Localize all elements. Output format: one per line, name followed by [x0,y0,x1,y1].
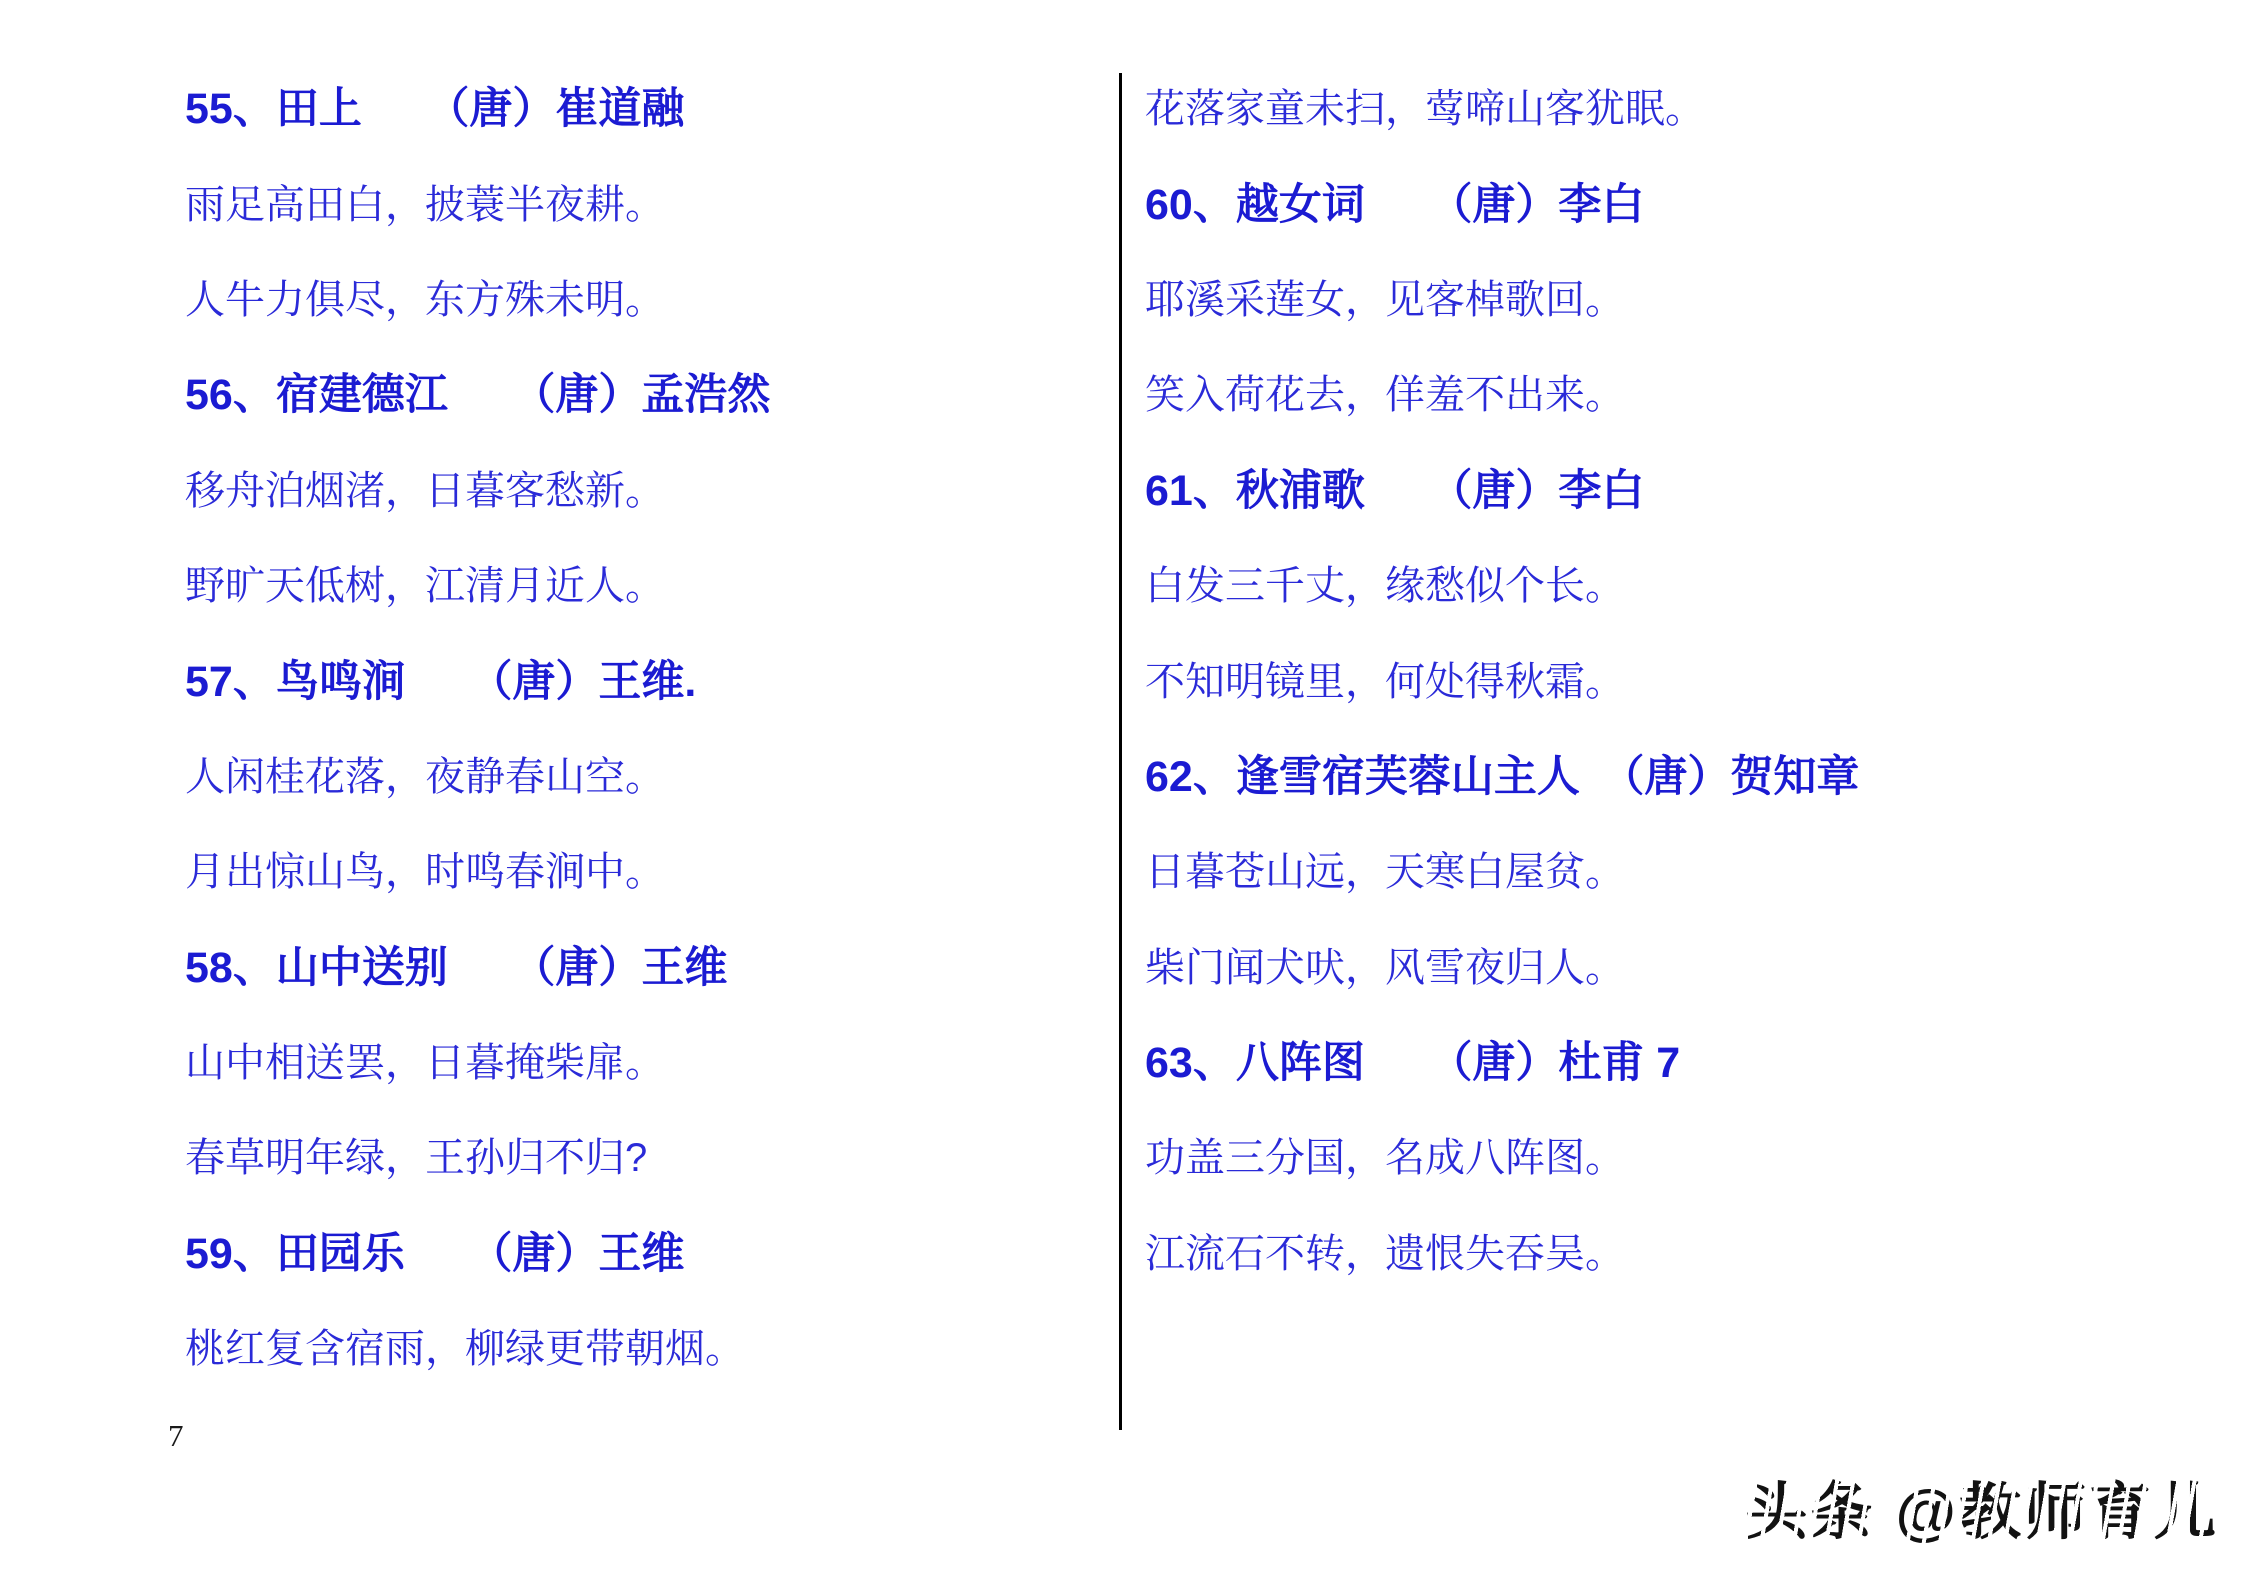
poem-heading: 62、逢雪宿芙蓉山主人 （唐）贺知章 [1145,726,2235,821]
poem-heading: 57、鸟鸣涧 （唐）王维. [185,630,1105,725]
verse-line: 功盖三分国，名成八阵图。 [1145,1107,2235,1202]
verse-line: 野旷天低树，江清月近人。 [185,535,1105,630]
poem-heading: 60、越女词 （唐）李白 [1145,153,2235,248]
column-divider-line [1119,73,1122,1430]
left-poem-column: 55、田上 （唐）崔道融 雨足高田白，披蓑半夜耕。 人牛力俱尽，东方殊未明。 5… [185,58,1105,1393]
poem-heading: 63、八阵图 （唐）杜甫 7 [1145,1012,2235,1107]
verse-line: 江流石不转，遗恨失吞吴。 [1145,1203,2235,1298]
verse-line: 山中相送罢，日暮掩柴扉。 [185,1012,1105,1107]
page-number: 7 [168,1418,184,1454]
verse-line: 柴门闻犬吠，风雪夜归人。 [1145,917,2235,1012]
verse-line: 日暮苍山远，天寒白屋贫。 [1145,821,2235,916]
verse-line: 笑入荷花去，佯羞不出来。 [1145,344,2235,439]
toutiao-watermark: 头条 @教师育儿 [1745,1462,2219,1551]
verse-line: 人牛力俱尽，东方殊未明。 [185,249,1105,344]
verse-line: 移舟泊烟渚，日暮客愁新。 [185,440,1105,535]
poem-heading: 61、秋浦歌 （唐）李白 [1145,440,2235,535]
document-page: { "page": { "page_number": "7", "waterma… [0,0,2245,1587]
verse-line: 桃红复含宿雨，柳绿更带朝烟。 [185,1298,1105,1393]
page-background: 55、田上 （唐）崔道融 雨足高田白，披蓑半夜耕。 人牛力俱尽，东方殊未明。 5… [0,0,2245,1587]
poem-heading: 58、山中送别 （唐）王维 [185,917,1105,1012]
poem-heading: 56、宿建德江 （唐）孟浩然 [185,344,1105,439]
verse-line: 月出惊山鸟，时鸣春涧中。 [185,821,1105,916]
verse-line: 不知明镜里，何处得秋霜。 [1145,630,2235,725]
verse-line: 花落家童未扫，莺啼山客犹眠。 [1145,58,2235,153]
verse-line: 春草明年绿，王孙归不归? [185,1107,1105,1202]
verse-line: 人闲桂花落，夜静春山空。 [185,726,1105,821]
right-poem-column: 花落家童未扫，莺啼山客犹眠。 60、越女词 （唐）李白 耶溪采莲女，见客棹歌回。… [1145,58,2235,1298]
poem-heading: 59、田园乐 （唐）王维 [185,1203,1105,1298]
verse-line: 白发三千丈，缘愁似个长。 [1145,535,2235,630]
verse-line: 耶溪采莲女，见客棹歌回。 [1145,249,2235,344]
verse-line: 雨足高田白，披蓑半夜耕。 [185,153,1105,248]
poem-heading: 55、田上 （唐）崔道融 [185,58,1105,153]
